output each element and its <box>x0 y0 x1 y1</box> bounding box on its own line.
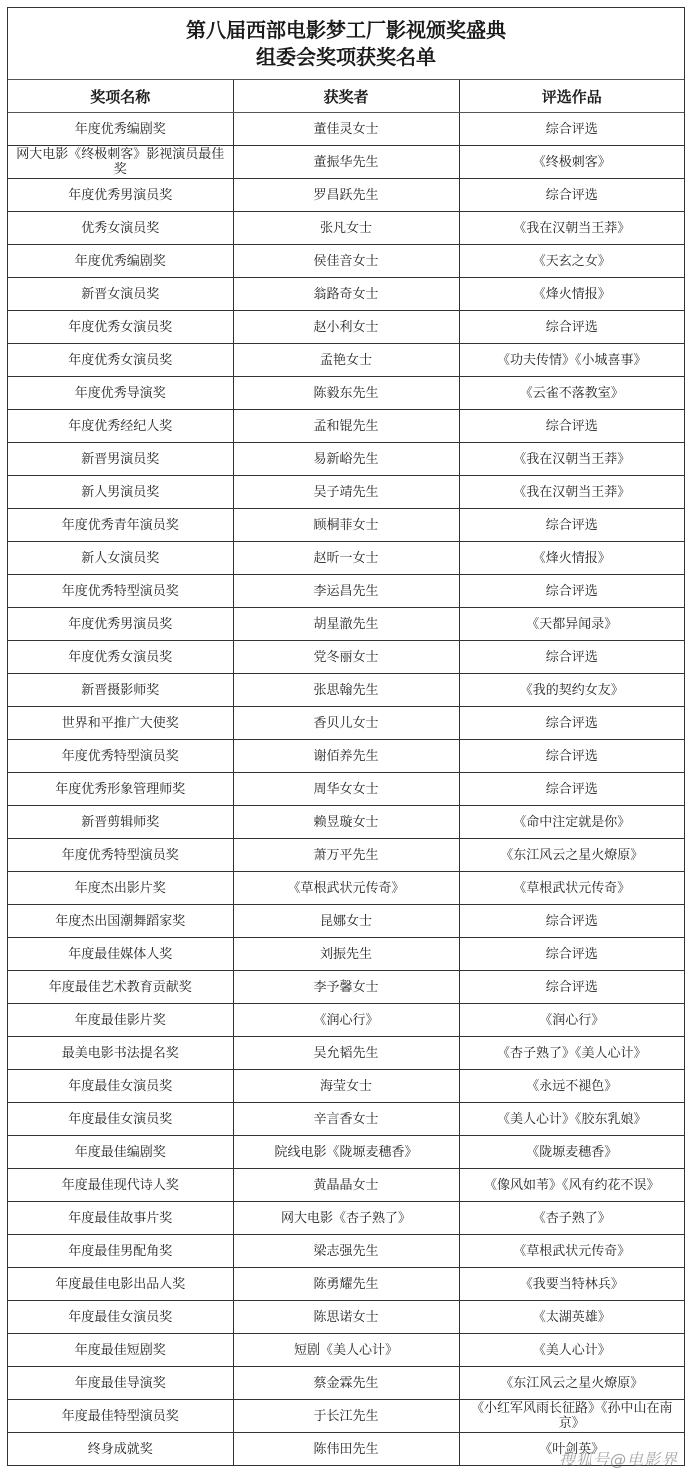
award-name-cell: 年度最佳电影出品人奖 <box>8 1268 233 1301</box>
work-cell: 《云雀不落教室》 <box>459 377 684 410</box>
winner-cell: 香贝儿女士 <box>233 707 459 740</box>
award-name-cell: 新晋剪辑师奖 <box>8 806 233 839</box>
work-cell: 《我在汉朝当王莽》 <box>459 443 684 476</box>
header-award-name: 奖项名称 <box>8 80 233 113</box>
work-cell: 《润心行》 <box>459 1004 684 1037</box>
winner-cell: 罗昌跃先生 <box>233 179 459 212</box>
award-name-cell: 年度最佳女演员奖 <box>8 1301 233 1334</box>
winner-cell: 顾桐菲女士 <box>233 509 459 542</box>
table-row: 年度优秀经纪人奖孟和锟先生综合评选 <box>8 410 684 443</box>
award-name-cell: 年度优秀男演员奖 <box>8 179 233 212</box>
work-cell: 综合评选 <box>459 971 684 1004</box>
table-row: 最美电影书法提名奖吴允韬先生《杏子熟了》《美人心计》 <box>8 1037 684 1070</box>
award-name-cell: 年度优秀特型演员奖 <box>8 740 233 773</box>
work-cell: 综合评选 <box>459 410 684 443</box>
table-row: 年度最佳导演奖蔡金霖先生《东江风云之星火燎原》 <box>8 1367 684 1400</box>
winner-cell: 易新峪先生 <box>233 443 459 476</box>
work-cell: 《永远不褪色》 <box>459 1070 684 1103</box>
winner-cell: 李运昌先生 <box>233 575 459 608</box>
work-cell: 《天都异闻录》 <box>459 608 684 641</box>
work-cell: 《叶剑英》 <box>459 1433 684 1466</box>
work-cell: 《太湖英雄》 <box>459 1301 684 1334</box>
winner-cell: 网大电影《杏子熟了》 <box>233 1202 459 1235</box>
award-name-cell: 年度最佳男配角奖 <box>8 1235 233 1268</box>
award-name-cell: 最美电影书法提名奖 <box>8 1037 233 1070</box>
winner-cell: 于长江先生 <box>233 1400 459 1433</box>
work-cell: 《杏子熟了》《美人心计》 <box>459 1037 684 1070</box>
table-row: 新晋男演员奖易新峪先生《我在汉朝当王莽》 <box>8 443 684 476</box>
table-row: 年度优秀导演奖陈毅东先生《云雀不落教室》 <box>8 377 684 410</box>
work-cell: 综合评选 <box>459 179 684 212</box>
work-cell: 综合评选 <box>459 311 684 344</box>
work-cell: 《像风如苇》《风有约花不误》 <box>459 1169 684 1202</box>
title-line-2: 组委会奖项获奖名单 <box>256 44 436 71</box>
table-row: 年度优秀青年演员奖顾桐菲女士综合评选 <box>8 509 684 542</box>
table-row: 年度最佳电影出品人奖陈勇耀先生《我要当特林兵》 <box>8 1268 684 1301</box>
table-row: 年度优秀编剧奖董佳灵女士综合评选 <box>8 113 684 146</box>
award-name-cell: 年度优秀女演员奖 <box>8 344 233 377</box>
table-row: 世界和平推广大使奖香贝儿女士综合评选 <box>8 707 684 740</box>
table-row: 年度优秀女演员奖党冬丽女士综合评选 <box>8 641 684 674</box>
header-row: 奖项名称 获奖者 评选作品 <box>8 80 684 113</box>
winner-cell: 张凡女士 <box>233 212 459 245</box>
table-row: 年度优秀女演员奖赵小利女士综合评选 <box>8 311 684 344</box>
award-name-cell: 年度最佳导演奖 <box>8 1367 233 1400</box>
award-name-cell: 年度优秀特型演员奖 <box>8 839 233 872</box>
award-name-cell: 新晋女演员奖 <box>8 278 233 311</box>
work-cell: 《美人心计》《胶东乳娘》 <box>459 1103 684 1136</box>
award-name-cell: 年度最佳特型演员奖 <box>8 1400 233 1433</box>
winner-cell: 黄晶晶女士 <box>233 1169 459 1202</box>
work-cell: 《命中注定就是你》 <box>459 806 684 839</box>
winner-cell: 翁路奇女士 <box>233 278 459 311</box>
table-row: 新晋剪辑师奖赖昱璇女士《命中注定就是你》 <box>8 806 684 839</box>
winner-cell: 院线电影《陇塬麦穗香》 <box>233 1136 459 1169</box>
header-winner: 获奖者 <box>233 80 459 113</box>
awards-table-body: 年度优秀编剧奖董佳灵女士综合评选网大电影《终极刺客》影视演员最佳奖董振华先生《终… <box>8 113 684 1466</box>
award-name-cell: 年度杰出影片奖 <box>8 872 233 905</box>
award-name-cell: 终身成就奖 <box>8 1433 233 1466</box>
winner-cell: 《草根武状元传奇》 <box>233 872 459 905</box>
winner-cell: 董佳灵女士 <box>233 113 459 146</box>
table-row: 年度最佳影片奖《润心行》《润心行》 <box>8 1004 684 1037</box>
award-name-cell: 年度最佳媒体人奖 <box>8 938 233 971</box>
table-row: 优秀女演员奖张凡女士《我在汉朝当王莽》 <box>8 212 684 245</box>
work-cell: 《我在汉朝当王莽》 <box>459 212 684 245</box>
table-row: 年度优秀编剧奖侯佳音女士《天玄之女》 <box>8 245 684 278</box>
award-name-cell: 年度优秀女演员奖 <box>8 311 233 344</box>
work-cell: 《天玄之女》 <box>459 245 684 278</box>
award-name-cell: 年度最佳编剧奖 <box>8 1136 233 1169</box>
winner-cell: 孟和锟先生 <box>233 410 459 443</box>
work-cell: 综合评选 <box>459 773 684 806</box>
winner-cell: 党冬丽女士 <box>233 641 459 674</box>
award-name-cell: 年度优秀男演员奖 <box>8 608 233 641</box>
winner-cell: 陈毅东先生 <box>233 377 459 410</box>
work-cell: 《陇塬麦穗香》 <box>459 1136 684 1169</box>
winner-cell: 张思翰先生 <box>233 674 459 707</box>
winner-cell: 陈伟田先生 <box>233 1433 459 1466</box>
award-name-cell: 年度最佳短剧奖 <box>8 1334 233 1367</box>
winner-cell: 昆娜女士 <box>233 905 459 938</box>
work-cell: 综合评选 <box>459 641 684 674</box>
table-row: 年度杰出国潮舞蹈家奖昆娜女士综合评选 <box>8 905 684 938</box>
award-name-cell: 世界和平推广大使奖 <box>8 707 233 740</box>
table-row: 年度最佳女演员奖陈思诺女士《太湖英雄》 <box>8 1301 684 1334</box>
award-name-cell: 年度优秀编剧奖 <box>8 245 233 278</box>
table-row: 年度优秀特型演员奖李运昌先生综合评选 <box>8 575 684 608</box>
table-row: 新人男演员奖吴子靖先生《我在汉朝当王莽》 <box>8 476 684 509</box>
winner-cell: 周华女女士 <box>233 773 459 806</box>
award-name-cell: 网大电影《终极刺客》影视演员最佳奖 <box>8 146 233 179</box>
winner-cell: 陈思诺女士 <box>233 1301 459 1334</box>
header-work: 评选作品 <box>459 80 684 113</box>
table-row: 年度最佳故事片奖网大电影《杏子熟了》《杏子熟了》 <box>8 1202 684 1235</box>
work-cell: 综合评选 <box>459 509 684 542</box>
table-row: 年度最佳女演员奖海莹女士《永远不褪色》 <box>8 1070 684 1103</box>
winner-cell: 胡星澈先生 <box>233 608 459 641</box>
winner-cell: 赵昕一女士 <box>233 542 459 575</box>
work-cell: 综合评选 <box>459 905 684 938</box>
winner-cell: 董振华先生 <box>233 146 459 179</box>
table-row: 新晋摄影师奖张思翰先生《我的契约女友》 <box>8 674 684 707</box>
award-name-cell: 年度优秀形象管理师奖 <box>8 773 233 806</box>
award-name-cell: 年度最佳现代诗人奖 <box>8 1169 233 1202</box>
table-row: 年度优秀女演员奖孟艳女士《功夫传情》《小城喜事》 <box>8 344 684 377</box>
work-cell: 《草根武状元传奇》 <box>459 872 684 905</box>
table-row: 年度最佳短剧奖短剧《美人心计》《美人心计》 <box>8 1334 684 1367</box>
table-row: 年度优秀形象管理师奖周华女女士综合评选 <box>8 773 684 806</box>
work-cell: 综合评选 <box>459 575 684 608</box>
award-name-cell: 年度优秀导演奖 <box>8 377 233 410</box>
table-row: 年度优秀男演员奖胡星澈先生《天都异闻录》 <box>8 608 684 641</box>
table-row: 新晋女演员奖翁路奇女士《烽火情报》 <box>8 278 684 311</box>
table-row: 年度最佳媒体人奖刘振先生综合评选 <box>8 938 684 971</box>
award-name-cell: 年度优秀青年演员奖 <box>8 509 233 542</box>
award-name-cell: 新晋摄影师奖 <box>8 674 233 707</box>
work-cell: 《杏子熟了》 <box>459 1202 684 1235</box>
table-row: 年度优秀特型演员奖谢佰养先生综合评选 <box>8 740 684 773</box>
winner-cell: 海莹女士 <box>233 1070 459 1103</box>
winner-cell: 孟艳女士 <box>233 344 459 377</box>
award-name-cell: 新晋男演员奖 <box>8 443 233 476</box>
winner-cell: 《润心行》 <box>233 1004 459 1037</box>
award-name-cell: 年度优秀经纪人奖 <box>8 410 233 443</box>
table-row: 年度最佳女演员奖辛言香女士《美人心计》《胶东乳娘》 <box>8 1103 684 1136</box>
table-row: 年度最佳特型演员奖于长江先生《小红军风雨长征路》《孙中山在南京》 <box>8 1400 684 1433</box>
table-row: 年度最佳编剧奖院线电影《陇塬麦穗香》《陇塬麦穗香》 <box>8 1136 684 1169</box>
title-line-1: 第八届西部电影梦工厂影视颁奖盛典 <box>186 17 506 44</box>
award-name-cell: 年度最佳女演员奖 <box>8 1070 233 1103</box>
work-cell: 《小红军风雨长征路》《孙中山在南京》 <box>459 1400 684 1433</box>
winner-cell: 吴允韬先生 <box>233 1037 459 1070</box>
award-name-cell: 年度最佳影片奖 <box>8 1004 233 1037</box>
work-cell: 《草根武状元传奇》 <box>459 1235 684 1268</box>
table-row: 年度最佳艺术教育贡献奖李予馨女士综合评选 <box>8 971 684 1004</box>
table-row: 网大电影《终极刺客》影视演员最佳奖董振华先生《终极刺客》 <box>8 146 684 179</box>
work-cell: 《我要当特林兵》 <box>459 1268 684 1301</box>
award-name-cell: 新人男演员奖 <box>8 476 233 509</box>
work-cell: 《东江风云之星火燎原》 <box>459 839 684 872</box>
award-name-cell: 新人女演员奖 <box>8 542 233 575</box>
award-name-cell: 年度杰出国潮舞蹈家奖 <box>8 905 233 938</box>
winner-cell: 赵小利女士 <box>233 311 459 344</box>
winner-cell: 赖昱璇女士 <box>233 806 459 839</box>
awards-table: 奖项名称 获奖者 评选作品 年度优秀编剧奖董佳灵女士综合评选网大电影《终极刺客》… <box>8 80 684 1465</box>
work-cell: 《我在汉朝当王莽》 <box>459 476 684 509</box>
award-name-cell: 年度优秀女演员奖 <box>8 641 233 674</box>
award-name-cell: 年度优秀特型演员奖 <box>8 575 233 608</box>
table-row: 年度最佳现代诗人奖黄晶晶女士《像风如苇》《风有约花不误》 <box>8 1169 684 1202</box>
table-row: 终身成就奖陈伟田先生《叶剑英》 <box>8 1433 684 1466</box>
award-name-cell: 年度最佳艺术教育贡献奖 <box>8 971 233 1004</box>
winner-cell: 刘振先生 <box>233 938 459 971</box>
table-row: 年度杰出影片奖《草根武状元传奇》《草根武状元传奇》 <box>8 872 684 905</box>
winner-cell: 侯佳音女士 <box>233 245 459 278</box>
document-title: 第八届西部电影梦工厂影视颁奖盛典 组委会奖项获奖名单 <box>8 8 684 80</box>
work-cell: 《东江风云之星火燎原》 <box>459 1367 684 1400</box>
work-cell: 综合评选 <box>459 113 684 146</box>
award-name-cell: 年度最佳故事片奖 <box>8 1202 233 1235</box>
work-cell: 《美人心计》 <box>459 1334 684 1367</box>
work-cell: 综合评选 <box>459 707 684 740</box>
winner-cell: 谢佰养先生 <box>233 740 459 773</box>
work-cell: 《烽火情报》 <box>459 542 684 575</box>
work-cell: 《终极刺客》 <box>459 146 684 179</box>
award-name-cell: 优秀女演员奖 <box>8 212 233 245</box>
winner-cell: 梁志强先生 <box>233 1235 459 1268</box>
winner-cell: 李予馨女士 <box>233 971 459 1004</box>
winner-cell: 陈勇耀先生 <box>233 1268 459 1301</box>
winner-cell: 蔡金霖先生 <box>233 1367 459 1400</box>
winner-cell: 吴子靖先生 <box>233 476 459 509</box>
award-name-cell: 年度优秀编剧奖 <box>8 113 233 146</box>
award-name-cell: 年度最佳女演员奖 <box>8 1103 233 1136</box>
winner-cell: 萧万平先生 <box>233 839 459 872</box>
table-row: 新人女演员奖赵昕一女士《烽火情报》 <box>8 542 684 575</box>
work-cell: 综合评选 <box>459 740 684 773</box>
work-cell: 《烽火情报》 <box>459 278 684 311</box>
work-cell: 《功夫传情》《小城喜事》 <box>459 344 684 377</box>
work-cell: 综合评选 <box>459 938 684 971</box>
awards-document: 第八届西部电影梦工厂影视颁奖盛典 组委会奖项获奖名单 奖项名称 获奖者 评选作品… <box>7 7 685 1466</box>
table-row: 年度优秀特型演员奖萧万平先生《东江风云之星火燎原》 <box>8 839 684 872</box>
table-row: 年度最佳男配角奖梁志强先生《草根武状元传奇》 <box>8 1235 684 1268</box>
table-row: 年度优秀男演员奖罗昌跃先生综合评选 <box>8 179 684 212</box>
winner-cell: 短剧《美人心计》 <box>233 1334 459 1367</box>
work-cell: 《我的契约女友》 <box>459 674 684 707</box>
winner-cell: 辛言香女士 <box>233 1103 459 1136</box>
